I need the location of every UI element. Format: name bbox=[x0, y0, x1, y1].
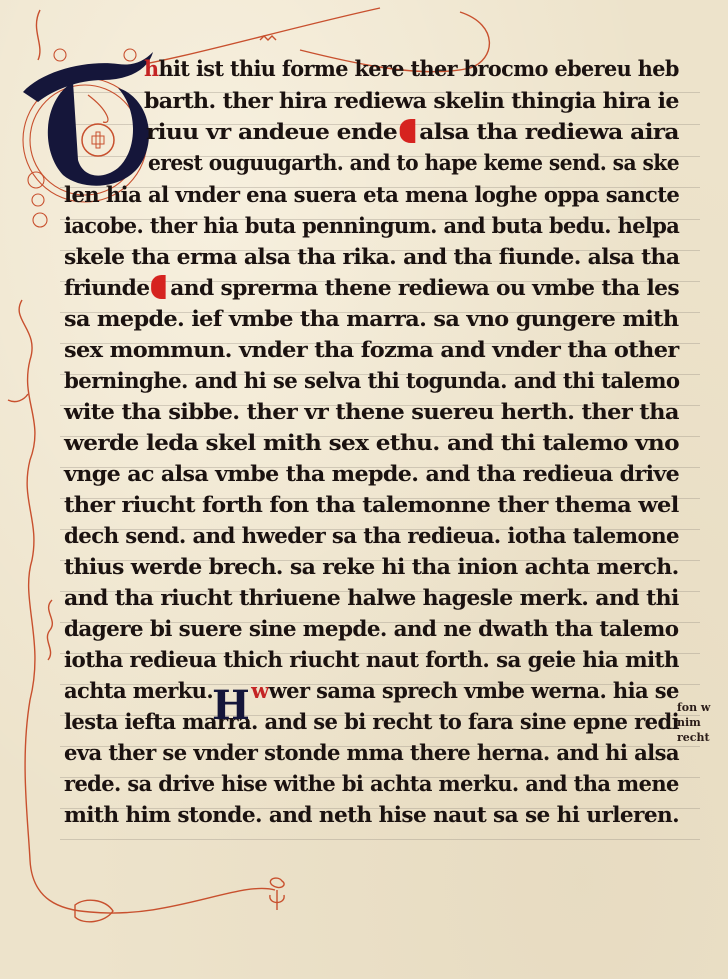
text-line-21: achta merku.wwer sama sprech vmbe werna.… bbox=[64, 678, 679, 703]
text-line-7: skele tha erma alsa tha rika. and tha fi… bbox=[64, 244, 679, 269]
manuscript-page: hhit ist thiu forme kere ther brocmo ebe… bbox=[0, 0, 728, 979]
text-line-12: wite tha sibbe. ther vr thene suereu her… bbox=[64, 399, 679, 424]
rubric-paragraph-mark bbox=[399, 119, 415, 143]
text-line-19: dagere bi suere sine mepde. and ne dwath… bbox=[64, 616, 679, 641]
text-line-23: eva ther se vnder stonde mma there herna… bbox=[64, 740, 679, 765]
text-line-5: len hia al vnder ena suera eta mena logh… bbox=[64, 182, 679, 207]
text-line-8: friundeand sprerma thene rediewa ou vmbe… bbox=[64, 275, 679, 300]
rubric-h: h bbox=[144, 56, 159, 81]
text-line-16: dech send. and hweder sa tha redieua. io… bbox=[64, 523, 679, 548]
text-line-11: berninghe. and hi se selva thi togunda. … bbox=[64, 368, 679, 393]
rubric-w: w bbox=[251, 678, 269, 703]
text-line-9: sa mepde. ief vmbe tha marra. sa vno gun… bbox=[64, 306, 678, 331]
margin-annotation: fon w nim recht bbox=[677, 700, 727, 745]
text-line-24: rede. sa drive hise withe bi achta merku… bbox=[64, 771, 679, 796]
text-line-3: riuu vr andeue endealsa tha rediewa aira bbox=[146, 119, 679, 144]
text-line-25: mith him stonde. and neth hise naut sa s… bbox=[64, 802, 679, 827]
illuminated-initial-t bbox=[18, 50, 156, 190]
text-line-18: and tha riucht thriuene halwe hagesle me… bbox=[64, 585, 679, 610]
text-line-20: iotha redieua thich riucht naut forth. s… bbox=[64, 647, 679, 672]
text-line-1: hhit ist thiu forme kere ther brocmo ebe… bbox=[144, 56, 679, 81]
text-line-4: erest ouguugarth. and to hape keme send.… bbox=[148, 150, 679, 175]
text-line-13: werde leda skel mith sex ethu. and thi t… bbox=[64, 430, 679, 455]
initial-h: H bbox=[212, 686, 250, 726]
text-line-6: iacobe. ther hia buta penningum. and but… bbox=[64, 213, 679, 238]
text-line-2: barth. ther hira rediewa skelin thingia … bbox=[144, 88, 679, 113]
text-line-10: sex mommun. vnder tha fozma and vnder th… bbox=[64, 337, 679, 362]
rubric-paragraph-mark bbox=[152, 275, 167, 299]
text-line-15: ther riucht forth fon tha talemonne ther… bbox=[64, 492, 679, 517]
text-line-17: thius werde brech. sa reke hi tha inion … bbox=[64, 554, 679, 579]
text-line-14: vnge ac alsa vmbe tha mepde. and tha red… bbox=[64, 461, 679, 486]
text-line-22: lesta iefta marra. and se bi recht to fa… bbox=[64, 709, 679, 734]
